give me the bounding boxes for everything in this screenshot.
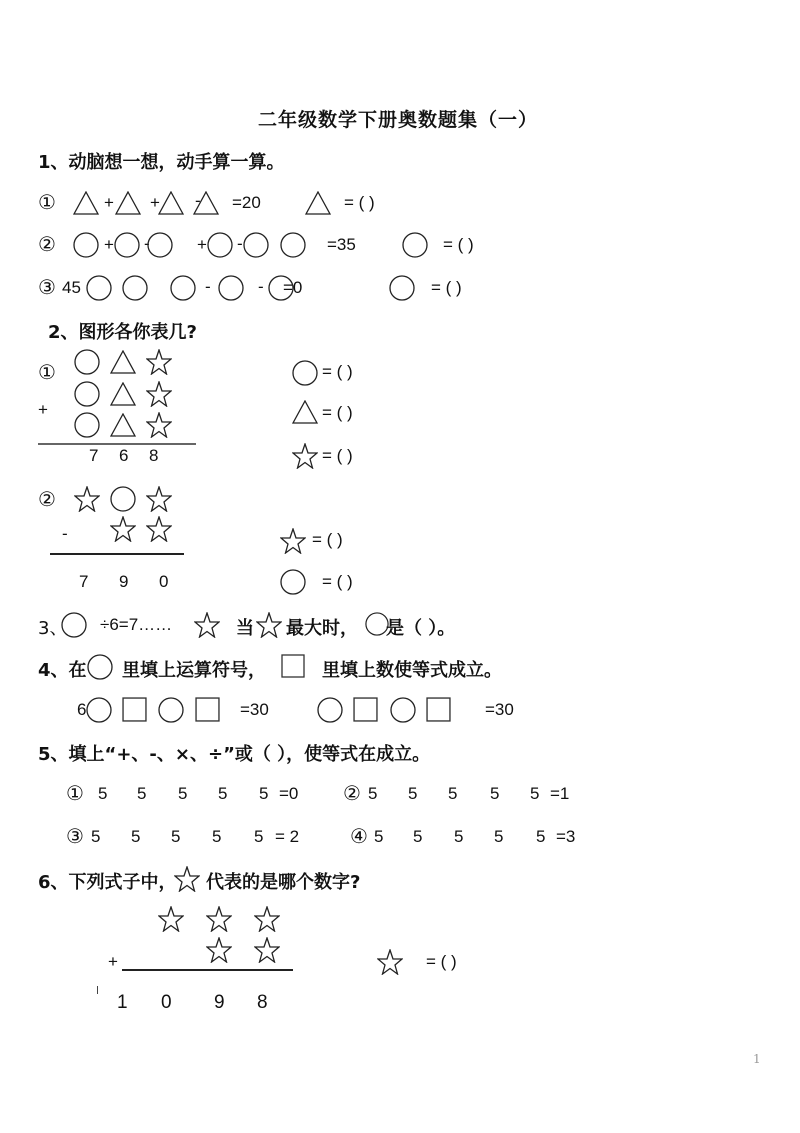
- number: 5: [454, 827, 463, 847]
- item-label: ④: [350, 824, 368, 848]
- answer-blank[interactable]: = ( ): [344, 193, 375, 213]
- operator-plus: +: [38, 400, 48, 420]
- star-icon: [158, 906, 184, 932]
- triangle-icon: [193, 191, 219, 215]
- star-icon: [146, 381, 172, 407]
- answer-blank[interactable]: 是（ ）。: [386, 614, 455, 640]
- question-text: 4、在: [38, 656, 87, 682]
- difference-line: [50, 553, 184, 555]
- circle-icon: [73, 232, 99, 258]
- item-label: ③: [66, 824, 84, 848]
- star-icon: [74, 486, 100, 512]
- square-input[interactable]: [426, 697, 451, 722]
- sum-line: [38, 443, 196, 445]
- circle-icon: [207, 232, 233, 258]
- number: 5: [490, 784, 499, 804]
- question-2-heading: 2、图形各你表几?: [48, 318, 197, 344]
- number: 5: [413, 827, 422, 847]
- answer-blank[interactable]: = ( ): [431, 278, 462, 298]
- star-icon: [146, 516, 172, 542]
- answer-blank[interactable]: = ( ): [322, 572, 353, 592]
- item-label: ③: [38, 275, 56, 299]
- operator-minus: -: [62, 524, 68, 544]
- circle-icon: [87, 654, 113, 680]
- star-icon: [254, 906, 280, 932]
- circle-icon: [114, 232, 140, 258]
- circle-icon: [122, 275, 148, 301]
- circle-icon: [74, 349, 100, 375]
- star-icon: [146, 486, 172, 512]
- equation-prefix: 45: [62, 278, 81, 298]
- triangle-icon: [110, 413, 136, 437]
- number: 5: [131, 827, 140, 847]
- star-icon: [174, 866, 200, 892]
- circle-icon: [74, 412, 100, 438]
- item-label: ②: [38, 487, 56, 511]
- equation-text: ÷6=7……: [100, 615, 172, 635]
- operator: -: [237, 234, 243, 254]
- result-digit: 1: [117, 992, 128, 1014]
- equation-result: =30: [485, 700, 514, 720]
- circle-icon: [280, 232, 306, 258]
- circle-icon: [280, 569, 306, 595]
- circle-icon: [147, 232, 173, 258]
- circle-input[interactable]: [158, 697, 184, 723]
- answer-blank[interactable]: = ( ): [322, 403, 353, 423]
- triangle-icon: [110, 382, 136, 406]
- question-text: 6、下列式子中，: [38, 868, 177, 894]
- number: 5: [448, 784, 457, 804]
- circle-icon: [218, 275, 244, 301]
- triangle-icon: [305, 191, 331, 215]
- equation-result: =30: [240, 700, 269, 720]
- triangle-icon: [158, 191, 184, 215]
- result-digit: 7: [79, 572, 88, 592]
- number: 5: [91, 827, 100, 847]
- number: 5: [368, 784, 377, 804]
- answer-blank[interactable]: = ( ): [312, 530, 343, 550]
- circle-icon: [110, 486, 136, 512]
- result-digit: 6: [119, 446, 128, 466]
- star-icon: [292, 443, 318, 469]
- circle-input[interactable]: [390, 697, 416, 723]
- question-text: 代表的是哪个数字?: [206, 868, 360, 894]
- number: 5: [212, 827, 221, 847]
- circle-icon: [86, 697, 112, 723]
- number: 5: [218, 784, 227, 804]
- number: 5: [178, 784, 187, 804]
- triangle-icon: [110, 350, 136, 374]
- item-label: ②: [343, 781, 361, 805]
- worksheet-title: 二年级数学下册奥数题集（一）: [258, 105, 538, 132]
- operator: +: [104, 193, 114, 213]
- result-digit: 8: [257, 992, 268, 1014]
- circle-icon: [292, 360, 318, 386]
- circle-icon: [243, 232, 269, 258]
- circle-icon: [61, 612, 87, 638]
- answer-blank[interactable]: = ( ): [322, 362, 353, 382]
- number: 5: [98, 784, 107, 804]
- square-input[interactable]: [195, 697, 220, 722]
- operator: -: [205, 277, 211, 297]
- star-icon: [206, 906, 232, 932]
- answer-blank[interactable]: = ( ): [322, 446, 353, 466]
- star-icon: [194, 612, 220, 638]
- equation-result: =0: [279, 784, 298, 804]
- result-digit: 9: [119, 572, 128, 592]
- result-digit: 9: [214, 992, 225, 1014]
- number: 5: [374, 827, 383, 847]
- star-icon: [110, 516, 136, 542]
- triangle-icon: [73, 191, 99, 215]
- item-label: ①: [66, 781, 84, 805]
- result-digit: 0: [161, 992, 172, 1014]
- circle-icon: [86, 275, 112, 301]
- item-label: ①: [38, 190, 56, 214]
- question-text: 当: [236, 614, 254, 640]
- answer-blank[interactable]: = ( ): [426, 952, 457, 972]
- equation-result: =20: [232, 193, 261, 213]
- star-icon: [206, 937, 232, 963]
- star-icon: [256, 612, 282, 638]
- number: 5: [536, 827, 545, 847]
- result-digit: 0: [159, 572, 168, 592]
- number: 5: [171, 827, 180, 847]
- number: 5: [259, 784, 268, 804]
- square-input[interactable]: [353, 697, 378, 722]
- question-text: 里填上数使等式成立。: [322, 656, 502, 682]
- circle-icon: [389, 275, 415, 301]
- star-icon: [377, 949, 403, 975]
- number: 5: [254, 827, 263, 847]
- question-1-heading: 1、动脑想一想，动手算一算。: [38, 148, 285, 174]
- question-text: 里填上运算符号，: [122, 656, 266, 682]
- operator: +: [197, 235, 207, 255]
- operator: -: [258, 277, 264, 297]
- square-input[interactable]: [122, 697, 147, 722]
- equation-result: =0: [283, 278, 302, 298]
- circle-icon: [74, 381, 100, 407]
- square-icon: [281, 654, 305, 678]
- item-label: ②: [38, 232, 56, 256]
- operator-plus: +: [108, 952, 118, 972]
- operator: +: [104, 235, 114, 255]
- equation-result: = 2: [275, 827, 299, 847]
- equation-result: =3: [556, 827, 575, 847]
- circle-input[interactable]: [317, 697, 343, 723]
- number: 5: [137, 784, 146, 804]
- star-icon: [146, 412, 172, 438]
- item-label: ①: [38, 360, 56, 384]
- star-icon: [280, 528, 306, 554]
- page-number: 1: [753, 1052, 761, 1066]
- result-digit: 7: [89, 446, 98, 466]
- stray-mark: [97, 986, 98, 994]
- number: 5: [530, 784, 539, 804]
- triangle-icon: [115, 191, 141, 215]
- number: 5: [408, 784, 417, 804]
- circle-icon: [402, 232, 428, 258]
- answer-blank[interactable]: = ( ): [443, 235, 474, 255]
- question-text: 最大时，: [286, 614, 358, 640]
- number: 5: [494, 827, 503, 847]
- star-icon: [146, 349, 172, 375]
- equation-result: =35: [327, 235, 356, 255]
- sum-line: [122, 969, 293, 971]
- question-5-heading: 5、填上“+、-、×、÷”或（ ），使等式在成立。: [38, 740, 430, 766]
- equation-result: =1: [550, 784, 569, 804]
- star-icon: [254, 937, 280, 963]
- circle-icon: [170, 275, 196, 301]
- triangle-icon: [292, 400, 318, 424]
- result-digit: 8: [149, 446, 158, 466]
